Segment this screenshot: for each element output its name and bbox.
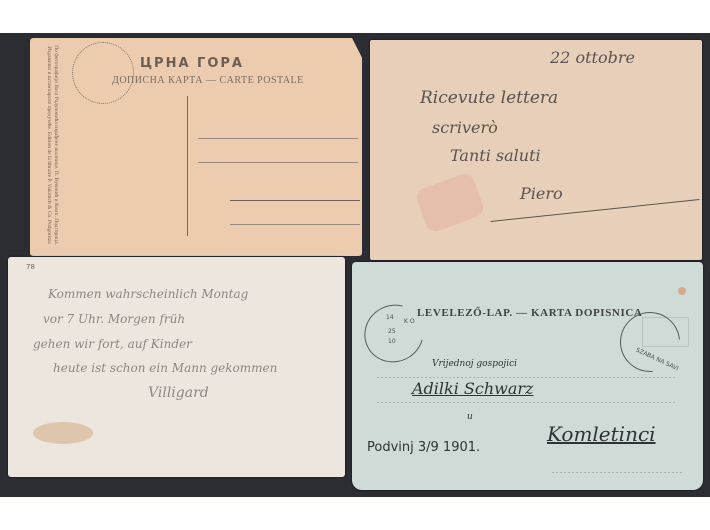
postcard-title: ЦРНА ГОРА <box>140 56 244 71</box>
recipient-name: Adilki Schwarz <box>412 379 533 398</box>
postmark-text: 10 <box>388 338 396 345</box>
address-line <box>230 224 360 225</box>
postcard-header: LEVELEZŐ-LAP. — KARTA DOPISNICA <box>417 307 642 319</box>
postcard-subtitle: ДОПИСНА КАРТА — CARTE POSTALE <box>112 75 304 86</box>
postmark-text: K O <box>404 318 415 325</box>
address-line <box>230 200 360 201</box>
corner-mark <box>678 287 686 295</box>
publisher-side-text: По фотографији Васа Радуловића израђене … <box>45 45 59 245</box>
handwritten-line: gehen wir fort, auf Kinder <box>33 337 192 351</box>
handwritten-line: Ricevute lettera <box>420 88 558 108</box>
postcard-montenegro: По фотографији Васа Радуловића израђене … <box>30 38 362 256</box>
handwritten-signature: Piero <box>520 184 563 203</box>
postcard-dopisnica: LEVELEZŐ-LAP. — KARTA DOPISNICA 14 K O 2… <box>352 262 703 490</box>
address-line <box>377 377 677 378</box>
handwritten-signature: Villigard <box>148 385 209 401</box>
divider-line <box>187 96 188 236</box>
address-line <box>377 402 677 403</box>
sender-date: Podvinj 3/9 1901. <box>367 440 480 455</box>
stain <box>33 422 93 444</box>
handwritten-line: heute ist schon ein Mann gekommen <box>53 361 277 375</box>
postcard-german-note: 78 Kommen wahrscheinlich Montag vor 7 Uh… <box>8 257 345 477</box>
handwritten-line: Kommen wahrscheinlich Montag <box>48 287 248 301</box>
handwritten-line: 22 ottobre <box>550 48 635 67</box>
postcard-italian-note: 22 ottobre Ricevute lettera scriverò Tan… <box>370 40 702 260</box>
handwritten-line: scriverò <box>432 118 498 137</box>
card-number: 78 <box>26 263 35 271</box>
handwritten-line: Tanti saluti <box>450 146 541 165</box>
address-line <box>552 472 682 473</box>
handwritten-line: vor 7 Uhr. Morgen früh <box>43 312 185 326</box>
red-mark <box>414 171 486 234</box>
postmark-text: 14 <box>386 314 394 321</box>
preposition: u <box>467 412 473 422</box>
city-name: Komletinci <box>547 422 656 446</box>
postmark-stamp <box>72 42 134 104</box>
salutation: Vrijednoj gospojici <box>432 359 517 369</box>
postmark-text: 25 <box>388 328 396 335</box>
address-line <box>198 162 358 163</box>
address-line <box>198 138 358 139</box>
